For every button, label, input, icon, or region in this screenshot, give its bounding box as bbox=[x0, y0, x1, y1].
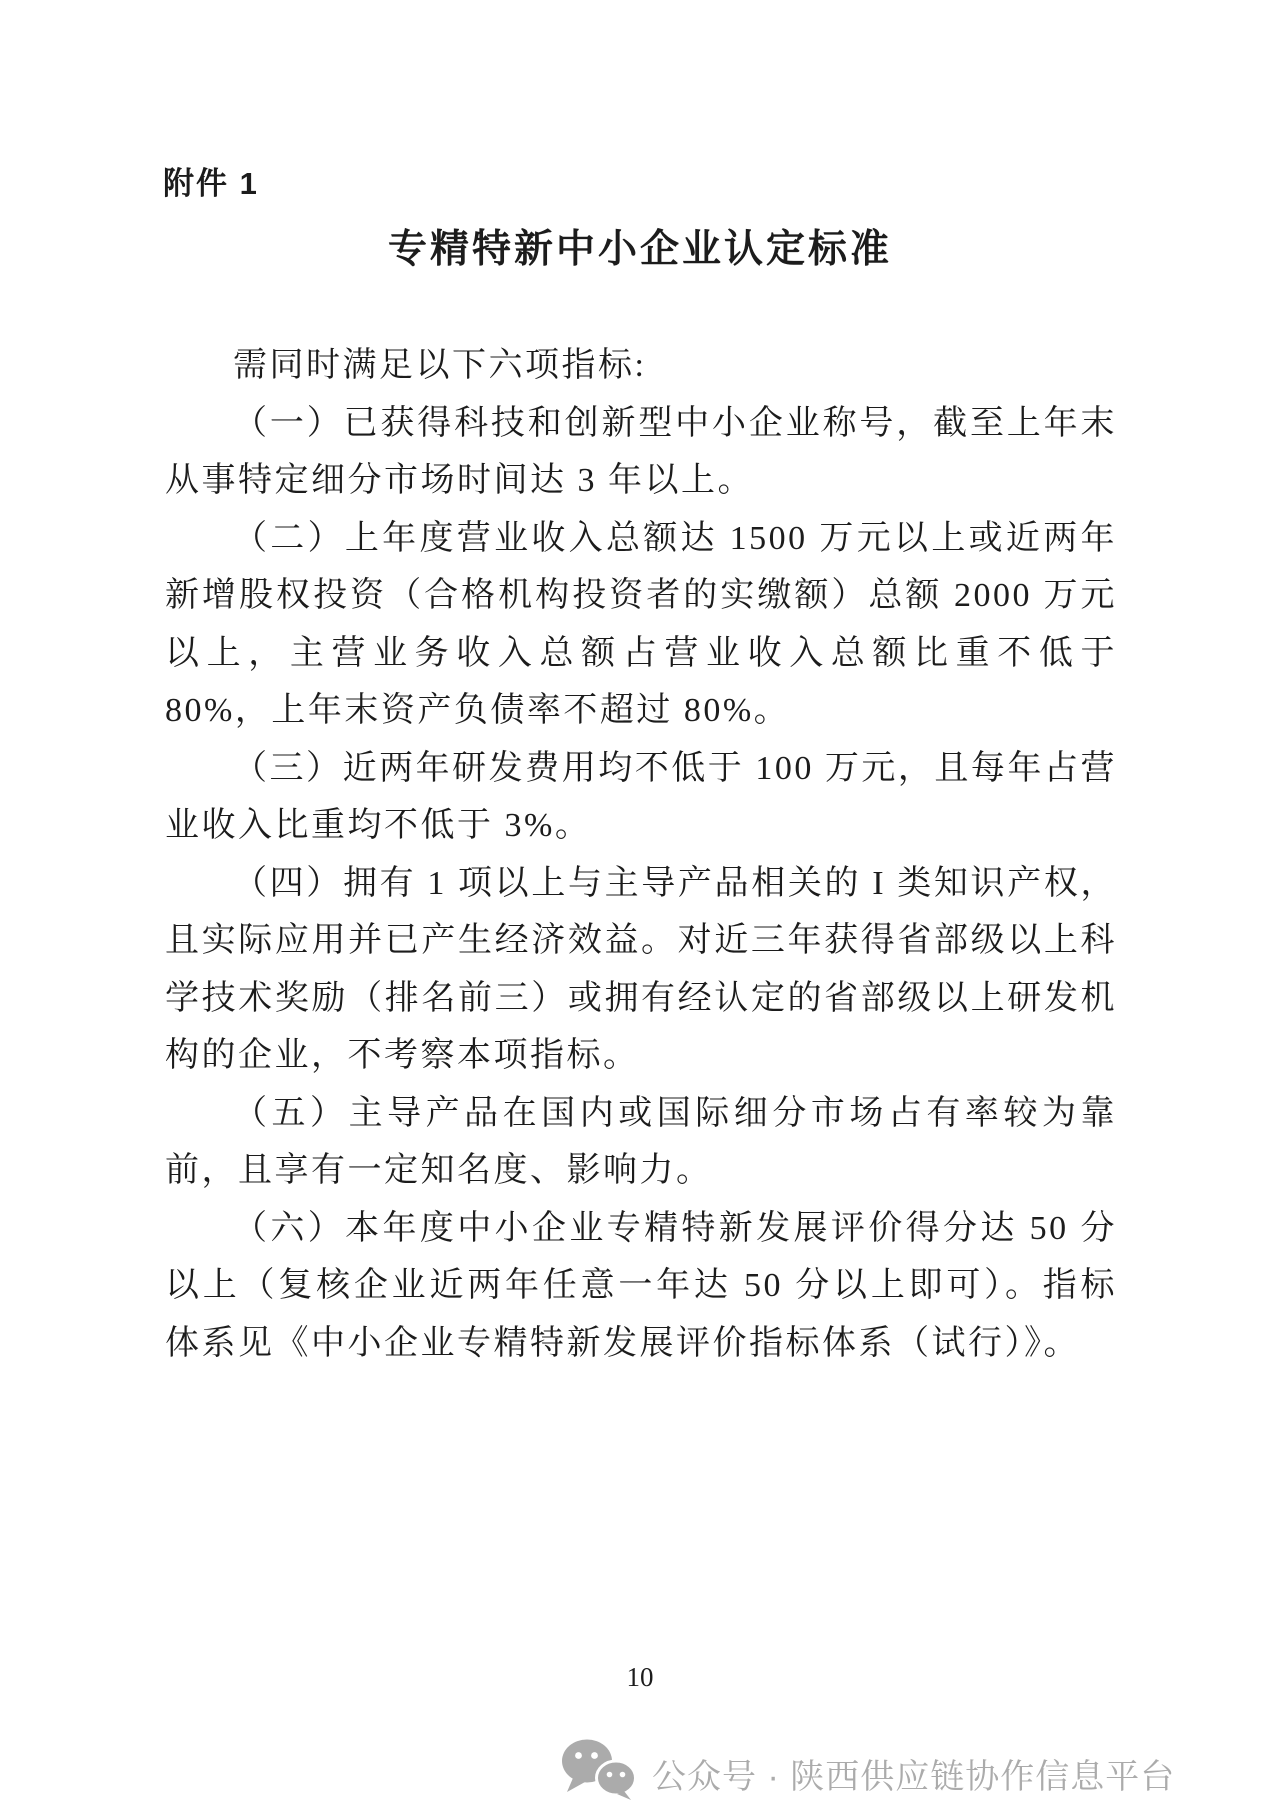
body-paragraph-item-1: （一）已获得科技和创新型中小企业称号，截至上年末从事特定细分市场时间达 3 年以… bbox=[165, 395, 1117, 510]
body-paragraph-item-4: （四）拥有 1 项以上与主导产品相关的 I 类知识产权，且实际应用并已产生经济效… bbox=[165, 855, 1117, 1085]
body-paragraph-intro: 需同时满足以下六项指标: bbox=[165, 337, 1117, 395]
page-number: 10 bbox=[0, 1662, 1280, 1693]
body-paragraph-item-5: （五）主导产品在国内或国际细分市场占有率较为靠前，且享有一定知名度、影响力。 bbox=[165, 1085, 1117, 1200]
document-body: 需同时满足以下六项指标: （一）已获得科技和创新型中小企业称号，截至上年末从事特… bbox=[165, 337, 1117, 1372]
footer-watermark-text: 公众号 · 陕西供应链协作信息平台 bbox=[652, 1749, 1175, 1798]
body-paragraph-item-3: （三）近两年研发费用均不低于 100 万元，且每年占营业收入比重均不低于 3%。 bbox=[165, 740, 1117, 855]
document-title: 专精特新中小企业认定标准 bbox=[0, 218, 1280, 274]
body-paragraph-item-6: （六）本年度中小企业专精特新发展评价得分达 50 分以上（复核企业近两年任意一年… bbox=[165, 1200, 1117, 1373]
wechat-icon bbox=[560, 1738, 638, 1809]
body-paragraph-item-2: （二）上年度营业收入总额达 1500 万元以上或近两年新增股权投资（合格机构投资… bbox=[165, 510, 1117, 740]
attachment-label: 附件 1 bbox=[163, 158, 259, 203]
footer-watermark: 公众号 · 陕西供应链协作信息平台 bbox=[560, 1738, 1175, 1809]
document-page: 附件 1 专精特新中小企业认定标准 需同时满足以下六项指标: （一）已获得科技和… bbox=[0, 0, 1280, 1810]
